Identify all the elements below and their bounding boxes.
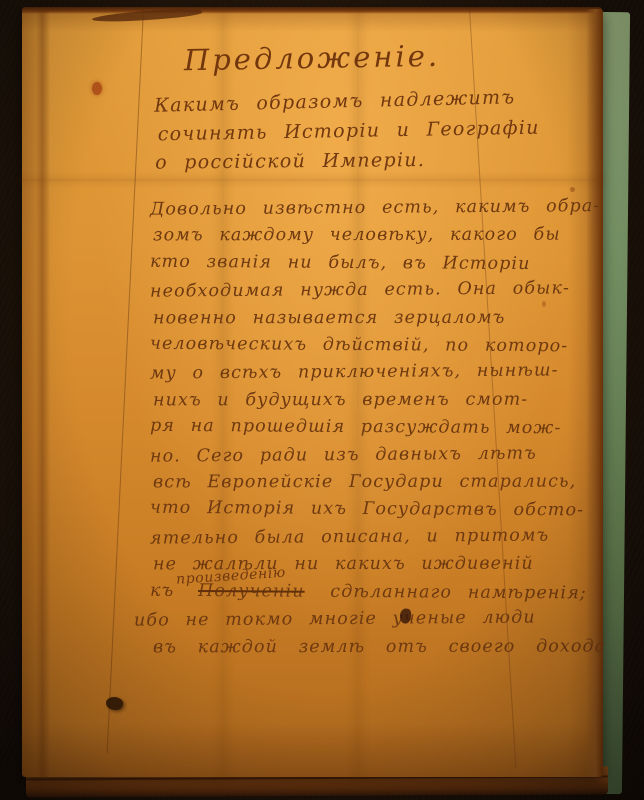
closing-line-text: ибо не токмо многіе ученые люди (134, 608, 536, 631)
text-line-with-correction: произведенію къ Полученіи сдѣланнаго нам… (150, 577, 560, 607)
text-line: зомъ каждому человѣку, какого бы (153, 222, 560, 250)
text-line: ятельно была описана, и притомъ (150, 522, 560, 553)
subtitle-block: Какимъ образомъ надлежитъ сочинять Истор… (154, 82, 603, 179)
manuscript-photo: Предложеніе. Какимъ образомъ надлежитъ с… (0, 0, 644, 800)
strikethrough-word: Полученіи (198, 581, 305, 602)
text-line: въ каждой землѣ отъ своего дохода (153, 633, 560, 661)
text-line: ибо не токмо многіе ученые люди (134, 604, 560, 635)
strike-line-prefix: къ (150, 580, 174, 600)
subtitle-line: о россійской Имперіи. (155, 143, 603, 177)
body-paragraph: Довольно извѣстно есть, какимъ обра- зом… (150, 195, 560, 661)
handwritten-text: Предложеніе. Какимъ образомъ надлежитъ с… (22, 9, 602, 777)
text-line: но. Сего ради изъ давныхъ лѣтъ (150, 440, 560, 471)
text-line: кто званія ни былъ, въ Исторіи (150, 249, 560, 279)
page-title: Предложеніе. (22, 36, 603, 80)
text-line: новенно называется зерцаломъ (153, 304, 560, 332)
manuscript-page: Предложеніе. Какимъ образомъ надлежитъ с… (22, 9, 602, 777)
strike-line-suffix: сдѣланнаго намѣренія; (330, 582, 587, 604)
text-line: всѣ Европейскіе Государи старались, (153, 469, 560, 497)
text-line: что Исторія ихъ Государствъ обсто- (150, 495, 560, 525)
text-line: Довольно извѣстно есть, какимъ обра- (150, 193, 560, 224)
text-line: человѣческихъ дѣйствій, по которо- (150, 331, 560, 361)
text-line: нихъ и будущихъ временъ смот- (153, 386, 560, 414)
text-line: ря на прошедшія разсуждать мож- (150, 413, 560, 443)
text-line: необходимая нужда есть. Она обык- (150, 276, 560, 307)
text-line: му о всѣхъ приключеніяхъ, нынѣш- (150, 358, 560, 389)
